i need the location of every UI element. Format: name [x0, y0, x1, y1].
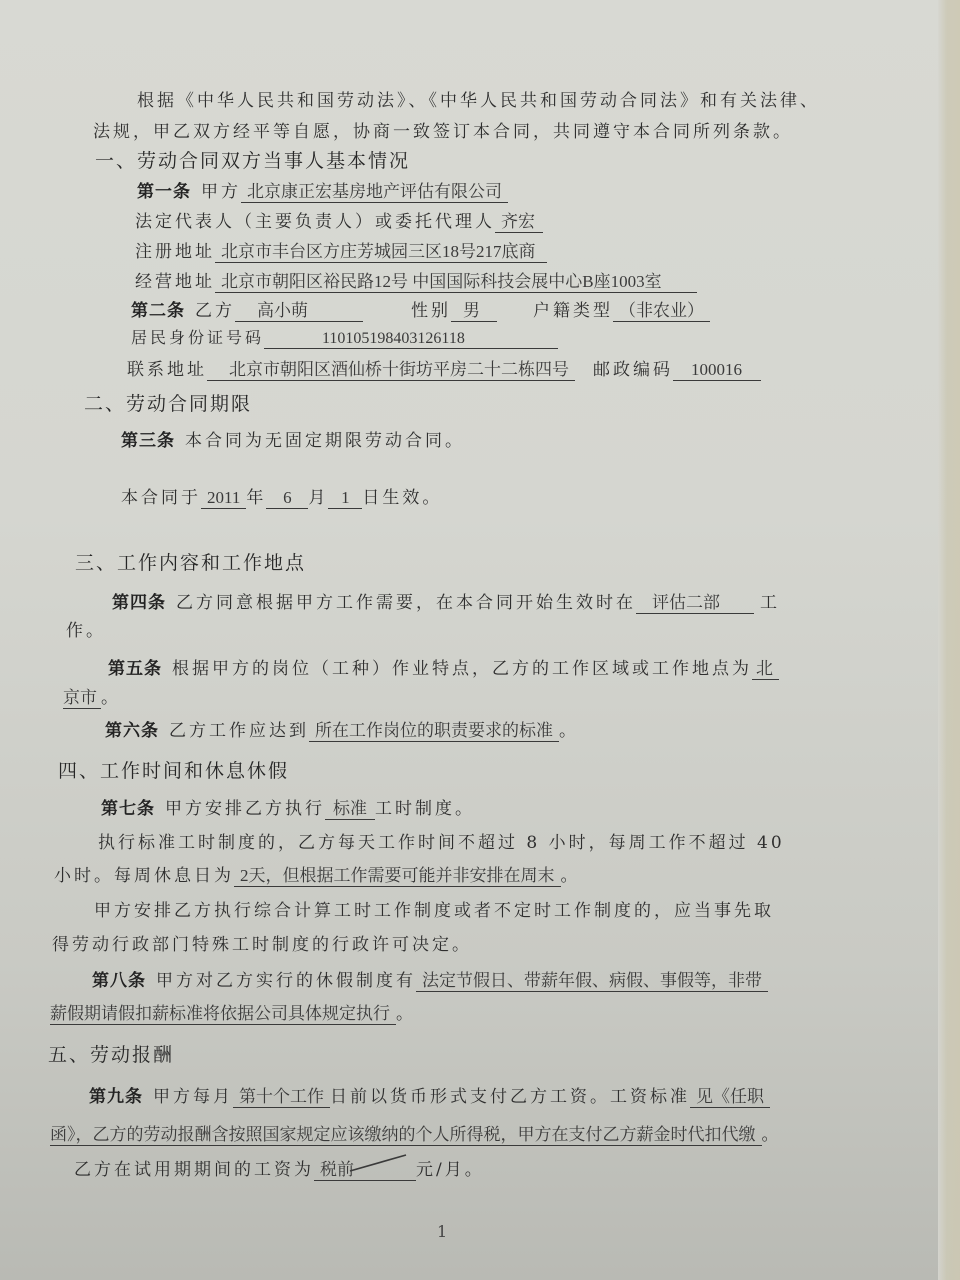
id-number-value: 110105198403126118: [264, 330, 558, 349]
article-6-end: 。: [559, 721, 579, 741]
article-1-label: 第一条: [137, 182, 191, 202]
article-4-department: 评估二部: [636, 588, 754, 614]
standard-hours-line-1: 执行标准工时制度的，乙方每天工作时间不超过 8 小时，每周工作不超过 40: [98, 828, 785, 853]
party-b-value: 高小萌: [235, 296, 363, 322]
article-7-line: 第七条甲方安排乙方执行标准工时制度。: [101, 794, 475, 820]
article-8-line-1: 第八条甲方对乙方实行的休假制度有法定节假日、带薪年假、病假、事假等，非带: [92, 966, 768, 992]
article-2-label: 第二条: [131, 301, 185, 321]
effective-year: 2011: [201, 488, 246, 509]
probation-prefix: 乙方在试用期期间的工资为: [74, 1160, 314, 1180]
zip-label: 邮政编码: [593, 360, 673, 380]
article-8-label: 第八条: [92, 971, 146, 991]
business-address-label: 经营地址: [135, 272, 215, 292]
id-number-line: 居民身份证号码110105198403126118: [131, 325, 558, 349]
day-suffix: 日生效。: [362, 488, 442, 508]
year-unit: 年: [246, 488, 266, 508]
article-9-salary-ref-part-1: 见《任职: [690, 1082, 770, 1108]
article-3-text: 本合同为无固定期限劳动合同。: [185, 431, 465, 451]
strike-slash-icon: [348, 1153, 408, 1173]
article-9-label: 第九条: [89, 1087, 143, 1107]
registered-address-line: 注册地址北京市丰台区方庄芳城园三区18号217底商: [135, 237, 547, 263]
article-9-salary-ref-part-2: 函》，乙方的劳动报酬含按照国家规定应该缴纳的个人所得税，甲方在支付乙方薪金时代扣…: [50, 1120, 762, 1146]
gender-value: 男: [451, 296, 497, 322]
contact-address-line: 联系地址北京市朝阳区酒仙桥十街坊平房二十二栋四号邮政编码100016: [127, 355, 761, 381]
paper-edge: [938, 0, 960, 1280]
effective-prefix: 本合同于: [121, 488, 201, 508]
probation-salary-line: 乙方在试用期期间的工资为税前元/月。: [74, 1155, 485, 1181]
effective-day: 1: [328, 488, 362, 509]
registered-address-label: 注册地址: [135, 242, 215, 262]
business-address-value: 北京市朝阳区裕民路12号 中国国际科技会展中心B座1003室: [215, 267, 697, 293]
representative-label: 法定代表人（主要负责人）或委托代理人: [135, 212, 495, 232]
contact-address-label: 联系地址: [127, 360, 207, 380]
article-7-label: 第七条: [101, 799, 155, 819]
article-5-end: 。: [101, 688, 121, 708]
contact-address-value: 北京市朝阳区酒仙桥十街坊平房二十二栋四号: [207, 355, 575, 381]
rest-day-value: 2天，但根据工作需要可能并非安排在周末: [234, 861, 561, 887]
article-5-line-1: 第五条根据甲方的岗位（工种）作业特点，乙方的工作区域或工作地点为北: [108, 654, 779, 680]
probation-salary-value: 税前: [314, 1155, 416, 1181]
preamble-line-1: 根据《中华人民共和国劳动法》、《中华人民共和国劳动合同法》和有关法律、: [137, 86, 820, 111]
article-7-schedule: 标准: [325, 794, 375, 820]
section-5-title: 五、劳动报酬: [48, 1040, 174, 1067]
zip-value: 100016: [673, 360, 761, 381]
representative-value: 齐宏: [495, 207, 543, 233]
article-3-label: 第三条: [121, 431, 175, 451]
article-8-line-2: 薪假期请假扣薪标准将依据公司具体规定执行。: [50, 999, 416, 1025]
article-9-end: 。: [762, 1125, 780, 1145]
article-9-text: 甲方每月: [153, 1087, 233, 1107]
article-5-line-2: 京市。: [63, 683, 121, 709]
preamble-line-2: 法规，甲乙双方经平等自愿，协商一致签订本合同，共同遵守本合同所列条款。: [93, 117, 793, 142]
article-5-text: 根据甲方的岗位（工种）作业特点，乙方的工作区域或工作地点为: [172, 659, 752, 679]
party-b-label: 乙方: [195, 301, 235, 321]
party-a-label: 甲方: [201, 182, 241, 202]
article-4-tail: 工: [760, 593, 780, 613]
effective-month: 6: [266, 488, 308, 509]
article-5-label: 第五条: [108, 659, 162, 679]
article-9-mid: 日前以货币形式支付乙方工资。工资标准: [330, 1087, 690, 1107]
article-6-text: 乙方工作应达到: [169, 721, 309, 741]
comprehensive-hours-line-2: 得劳动行政部门特殊工时制度的行政许可决定。: [52, 930, 472, 955]
article-6-standard: 所在工作岗位的职责要求的标准: [309, 716, 559, 742]
article-1-line: 第一条甲方北京康正宏基房地产评估有限公司: [137, 177, 508, 203]
article-6-label: 第六条: [105, 721, 159, 741]
comprehensive-hours-line-1: 甲方安排乙方执行综合计算工时工作制度或者不定时工作制度的，应当事先取: [94, 896, 774, 921]
article-3-line: 第三条本合同为无固定期限劳动合同。: [121, 426, 465, 451]
article-8-end: 。: [396, 1004, 416, 1024]
article-9-line-1: 第九条甲方每月第十个工作日前以货币形式支付乙方工资。工资标准见《任职: [89, 1082, 770, 1108]
standard-hours-line-2: 小时。每周休息日为2天，但根据工作需要可能并非安排在周末。: [54, 861, 581, 887]
article-8-text: 甲方对乙方实行的休假制度有: [156, 971, 416, 991]
article-8-leave-part-1: 法定节假日、带薪年假、病假、事假等，非带: [416, 966, 768, 992]
article-9-payday: 第十个工作: [233, 1082, 330, 1108]
month-unit: 月: [308, 488, 328, 508]
article-7-tail: 工时制度。: [375, 799, 475, 819]
article-6-line: 第六条乙方工作应达到所在工作岗位的职责要求的标准。: [105, 716, 579, 742]
section-1-title: 一、劳动合同双方当事人基本情况: [95, 146, 410, 173]
hukou-value: （非农业）: [613, 296, 710, 322]
article-7-text: 甲方安排乙方执行: [165, 799, 325, 819]
party-a-value: 北京康正宏基房地产评估有限公司: [241, 177, 508, 203]
probation-unit: 元/月。: [416, 1160, 485, 1180]
article-4-line-2: 作。: [66, 616, 106, 641]
section-3-title: 三、工作内容和工作地点: [75, 548, 306, 575]
section-2-title: 二、劳动合同期限: [84, 389, 252, 416]
gender-label: 性别: [411, 301, 451, 321]
section-4-title: 四、工作时间和休息休假: [58, 756, 289, 783]
id-number-label: 居民身份证号码: [131, 328, 264, 347]
effective-date-line: 本合同于2011年6月1日生效。: [121, 483, 442, 509]
representative-line: 法定代表人（主要负责人）或委托代理人齐宏: [135, 207, 543, 233]
article-8-leave-part-2: 薪假期请假扣薪标准将依据公司具体规定执行: [50, 999, 396, 1025]
hukou-label: 户籍类型: [533, 301, 613, 321]
rest-day-end: 。: [561, 866, 581, 886]
article-5-location-part-2: 京市: [63, 683, 101, 709]
article-4-line-1: 第四条乙方同意根据甲方工作需要，在本合同开始生效时在评估二部工: [112, 588, 780, 614]
registered-address-value: 北京市丰台区方庄芳城园三区18号217底商: [215, 237, 547, 263]
page-number: 1: [437, 1222, 447, 1241]
article-5-location-part-1: 北: [752, 654, 779, 680]
article-4-text: 乙方同意根据甲方工作需要，在本合同开始生效时在: [176, 593, 636, 613]
article-9-line-2: 函》，乙方的劳动报酬含按照国家规定应该缴纳的个人所得税，甲方在支付乙方薪金时代扣…: [50, 1120, 779, 1146]
article-2-line: 第二条乙方高小萌性别男户籍类型（非农业）: [131, 296, 710, 322]
article-4-label: 第四条: [112, 593, 166, 613]
rest-day-prefix: 小时。每周休息日为: [54, 866, 234, 886]
business-address-line: 经营地址北京市朝阳区裕民路12号 中国国际科技会展中心B座1003室: [135, 267, 697, 293]
